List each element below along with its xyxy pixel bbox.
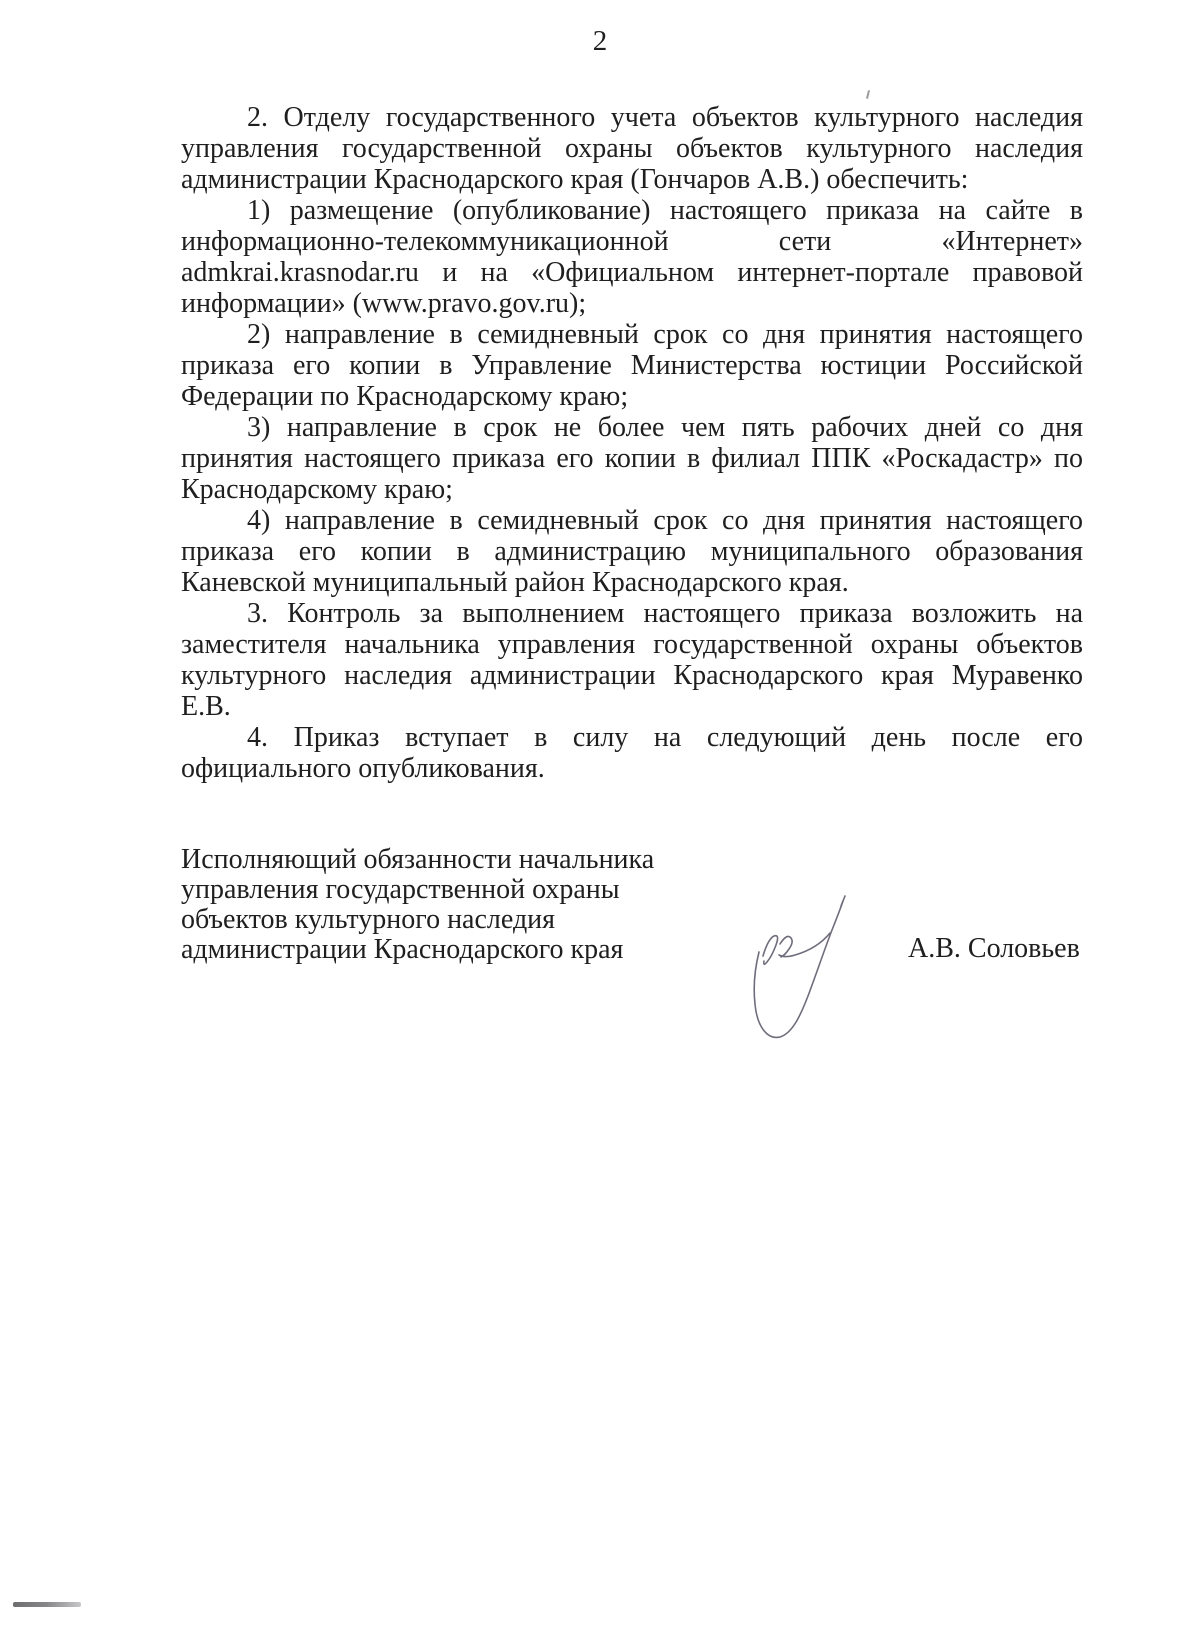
order-subitem-1: 1) размещение (опубликование) настоящего… (181, 195, 1083, 319)
order-body: 2. Отделу государственного учета объекто… (181, 102, 1083, 784)
signatory-position-line: объектов культурного наследия (181, 905, 654, 935)
order-paragraph-4: 4. Приказ вступает в силу на следующий д… (181, 722, 1083, 784)
signatory-position-line: управления государственной охраны (181, 875, 654, 905)
signatory-position-line: Исполняющий обязанности начальника (181, 845, 654, 875)
scan-smudge-mark (13, 1602, 81, 1607)
order-subitem-3: 3) направление в срок не более чем пять … (181, 412, 1083, 505)
handwritten-signature-icon (733, 856, 855, 1048)
order-subitem-2: 2) направление в семидневный срок со дня… (181, 319, 1083, 412)
signatory-name: А.В. Соловьев (908, 933, 1080, 965)
page-number: 2 (0, 24, 1200, 58)
order-paragraph-3: 3. Контроль за выполнением настоящего пр… (181, 598, 1083, 722)
scan-speck-mark (866, 90, 870, 99)
signatory-position-title: Исполняющий обязанности начальника управ… (181, 845, 654, 965)
signatory-position-line: администрации Краснодарского края (181, 935, 654, 965)
scanned-order-page: 2 2. Отделу государственного учета объек… (0, 0, 1200, 1627)
order-subitem-4: 4) направление в семидневный срок со дня… (181, 505, 1083, 598)
order-paragraph-2: 2. Отделу государственного учета объекто… (181, 102, 1083, 195)
